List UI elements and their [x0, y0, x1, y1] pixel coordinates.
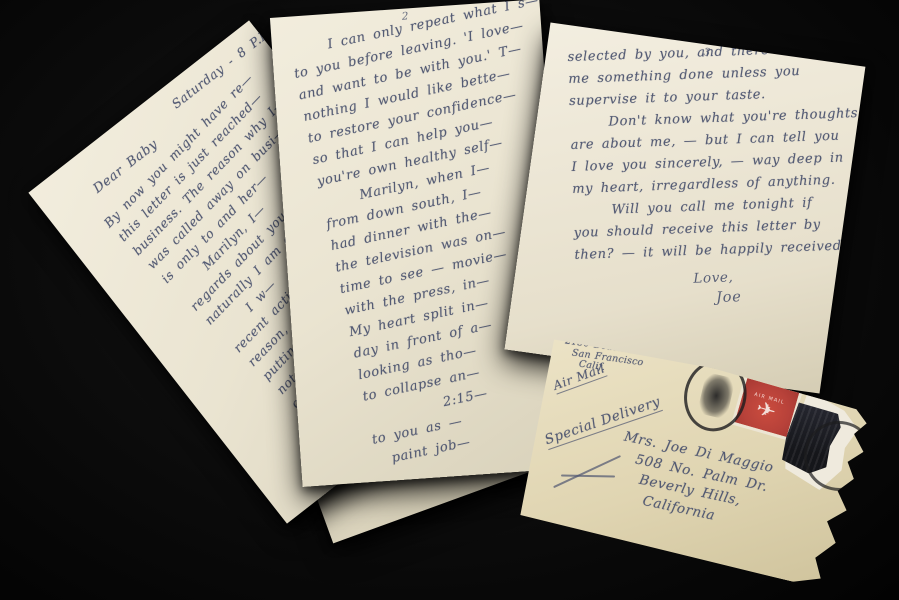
pen-flourish [561, 475, 615, 477]
letter-page-3-body: selected by you, and there will beme som… [567, 37, 864, 311]
photo-of-handwritten-letters: feel a—how the— Saturday - 8 P.M. Dear B… [0, 0, 899, 600]
envelope-recipient-address: Mrs. Joe Di Maggio 508 No. Palm Dr. Beve… [610, 428, 775, 536]
letter-page-3-lines: selected by you, and there will beme som… [567, 37, 863, 267]
airplane-icon: ✈ [754, 399, 778, 422]
letter-signature: Joe [716, 285, 865, 306]
pen-flourish [553, 455, 621, 488]
letter-page-3: 3 selected by you, and there will beme s… [505, 22, 866, 393]
letter-closing: Love, [693, 265, 864, 287]
